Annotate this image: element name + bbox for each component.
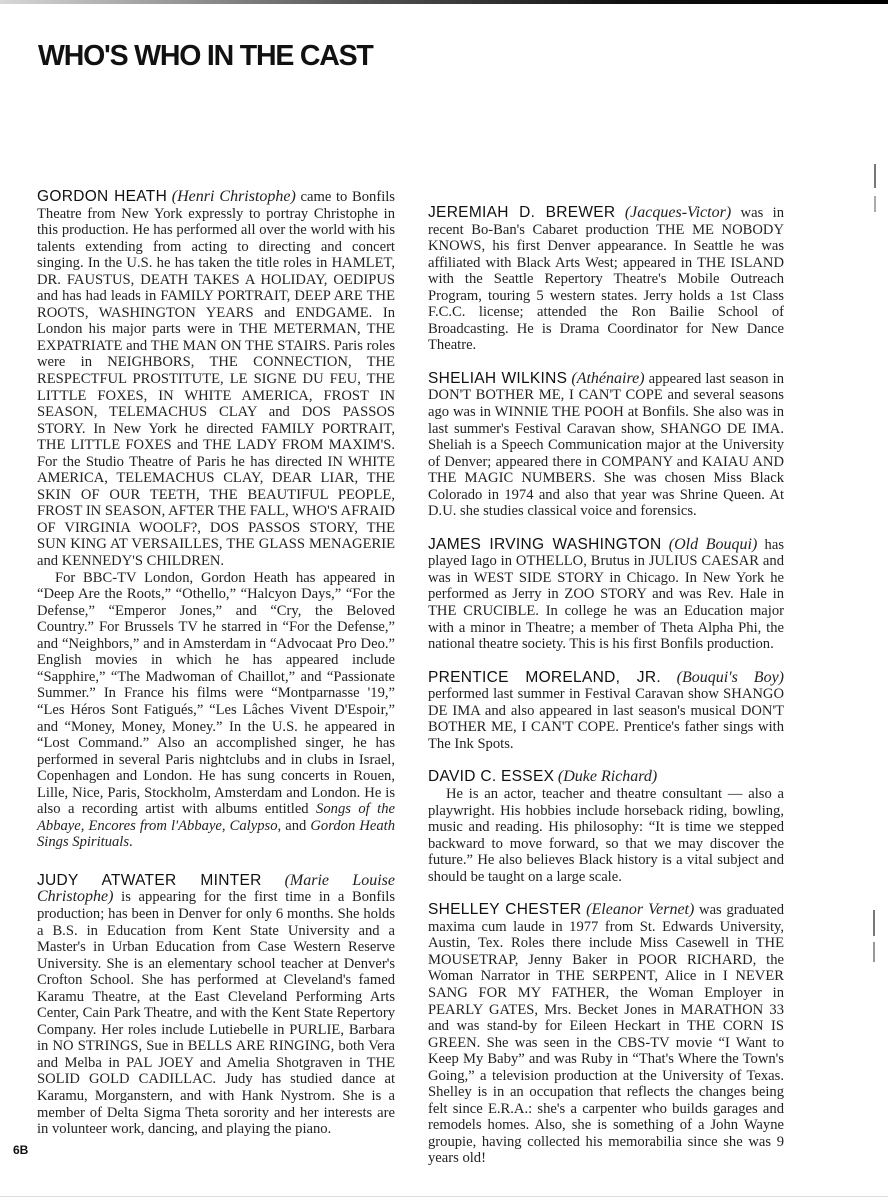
cast-name: GORDON HEATH [37,188,167,205]
bio-jeremiah-brewer: JEREMIAH D. BREWER (Jacques-Victor) was … [428,205,784,354]
bio-paragraph: He is an actor, teacher and theatre cons… [428,786,784,885]
album-title: Calypso [230,818,278,834]
bio-text: performed last summer in Festival Carava… [428,686,784,752]
character-role: (Henri Christophe) [172,188,296,205]
character-role: (Eleanor Vernet) [586,901,694,918]
bio-paragraph: SHELLEY CHESTER (Eleanor Vernet) was gra… [428,902,784,1167]
bio-heading: DAVID C. ESSEX (Duke Richard) [428,769,784,786]
separator: . [129,834,133,850]
top-border-rule [0,0,888,4]
character-role: (Duke Richard) [558,768,657,785]
scan-margin-mark [874,196,876,212]
scan-margin-mark [874,164,876,188]
scan-margin-mark [873,942,875,962]
cast-name: SHELLEY CHESTER [428,901,581,918]
cast-name: JAMES IRVING WASHINGTON [428,536,661,553]
bottom-edge [0,1196,888,1197]
bio-david-essex: DAVID C. ESSEX (Duke Richard) He is an a… [428,769,784,885]
separator: , and [278,818,311,834]
left-column: GORDON HEATH (Henri Christophe) came to … [37,189,395,1155]
character-role: (Bouqui's Boy) [677,669,784,686]
bio-shelley-chester: SHELLEY CHESTER (Eleanor Vernet) was gra… [428,902,784,1167]
cast-name: PRENTICE MORELAND, JR. [428,669,661,686]
bio-prentice-moreland: PRENTICE MORELAND, JR. (Bouqui's Boy) pe… [428,670,784,753]
bio-text: was in recent Bo-Ban's Cabaret productio… [428,205,784,353]
bio-paragraph: JEREMIAH D. BREWER (Jacques-Victor) was … [428,205,784,354]
separator: , [81,818,89,834]
cast-name: JEREMIAH D. BREWER [428,204,615,221]
bio-paragraph: PRENTICE MORELAND, JR. (Bouqui's Boy) pe… [428,670,784,753]
bio-paragraph: SHELIAH WILKINS (Athénaire) appeared las… [428,371,784,520]
bio-text: appeared last season in DON'T BOTHER ME,… [428,371,784,519]
character-role: (Old Bouqui) [669,536,758,553]
cast-name: JUDY ATWATER MINTER [37,872,262,889]
bio-text: He is an actor, teacher and theatre cons… [428,786,784,885]
bio-paragraph: JAMES IRVING WASHINGTON (Old Bouqui) has… [428,537,784,653]
bio-gordon-heath: GORDON HEATH (Henri Christophe) came to … [37,189,395,851]
cast-name: DAVID C. ESSEX [428,768,554,785]
bio-sheliah-wilkins: SHELIAH WILKINS (Athénaire) appeared las… [428,371,784,520]
bio-text: For BBC-TV London, Gordon Heath has appe… [37,570,395,818]
right-column: JEREMIAH D. BREWER (Jacques-Victor) was … [428,205,784,1184]
bio-paragraph: JUDY ATWATER MINTER (Marie Louise Christ… [37,873,395,1138]
bio-paragraph: For BBC-TV London, Gordon Heath has appe… [37,570,395,851]
cast-name: SHELIAH WILKINS [428,370,567,387]
character-role: (Athénaire) [571,370,644,387]
scan-margin-mark [873,910,875,936]
bio-text: is appearing for the first time in a Bon… [37,889,395,1137]
bio-judy-atwater-minter: JUDY ATWATER MINTER (Marie Louise Christ… [37,873,395,1138]
bio-text: came to Bonfils Theatre from New York ex… [37,189,395,569]
page-title: WHO'S WHO IN THE CAST [38,40,373,73]
separator: , [222,818,230,834]
bio-text: has played Iago in OTHELLO, Brutus in JU… [428,537,784,652]
bio-text: was graduated maxima cum laude in 1977 f… [428,902,784,1166]
page-number: 6B [13,1143,28,1157]
bio-james-irving-washington: JAMES IRVING WASHINGTON (Old Bouqui) has… [428,537,784,653]
bio-paragraph: GORDON HEATH (Henri Christophe) came to … [37,189,395,570]
album-title: Encores from l'Abbaye [89,818,222,834]
character-role: (Jacques-Victor) [625,204,731,221]
